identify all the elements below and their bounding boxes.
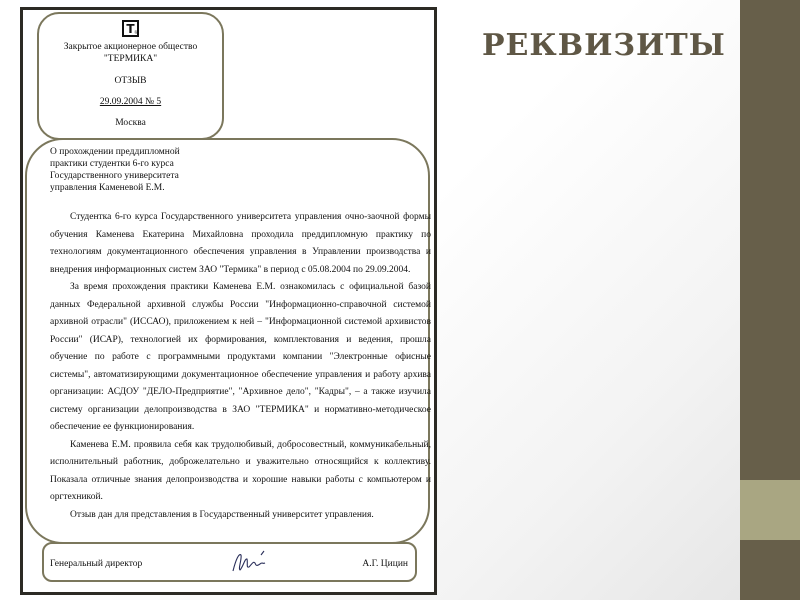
document-city: Москва <box>39 118 222 128</box>
right-accent-band <box>740 480 800 540</box>
document-image: T ® Закрытое акционерное общество "ТЕРМИ… <box>20 7 437 595</box>
body-paragraph: Отзыв дан для представления в Государств… <box>50 507 431 525</box>
signatory-name: А.Г. Цицин <box>362 559 408 569</box>
signature-block: Генеральный директор А.Г. Цицин <box>50 557 408 575</box>
document-type: ОТЗЫВ <box>39 76 222 86</box>
signatory-position: Генеральный директор <box>50 559 142 569</box>
company-name: Закрытое акционерное общество "ТЕРМИКА" <box>39 41 222 65</box>
document-date-number: 29.09.2004 № 5 <box>39 97 222 107</box>
document-subject: О прохождении преддипломной практики сту… <box>50 146 250 194</box>
document-body: Студентка 6-го курса Государственного ун… <box>50 209 431 524</box>
body-paragraph: Каменева Е.М. проявила себя как трудолюб… <box>50 437 431 507</box>
handwritten-signature-icon <box>230 549 270 578</box>
document-letterhead: T ® Закрытое акционерное общество "ТЕРМИ… <box>39 14 222 128</box>
body-paragraph: За время прохождения практики Каменева Е… <box>50 279 431 437</box>
termika-logo-icon: T ® <box>122 20 139 37</box>
body-paragraph: Студентка 6-го курса Государственного ун… <box>50 209 431 279</box>
slide-title: РЕКВИЗИТЫ <box>482 28 726 63</box>
